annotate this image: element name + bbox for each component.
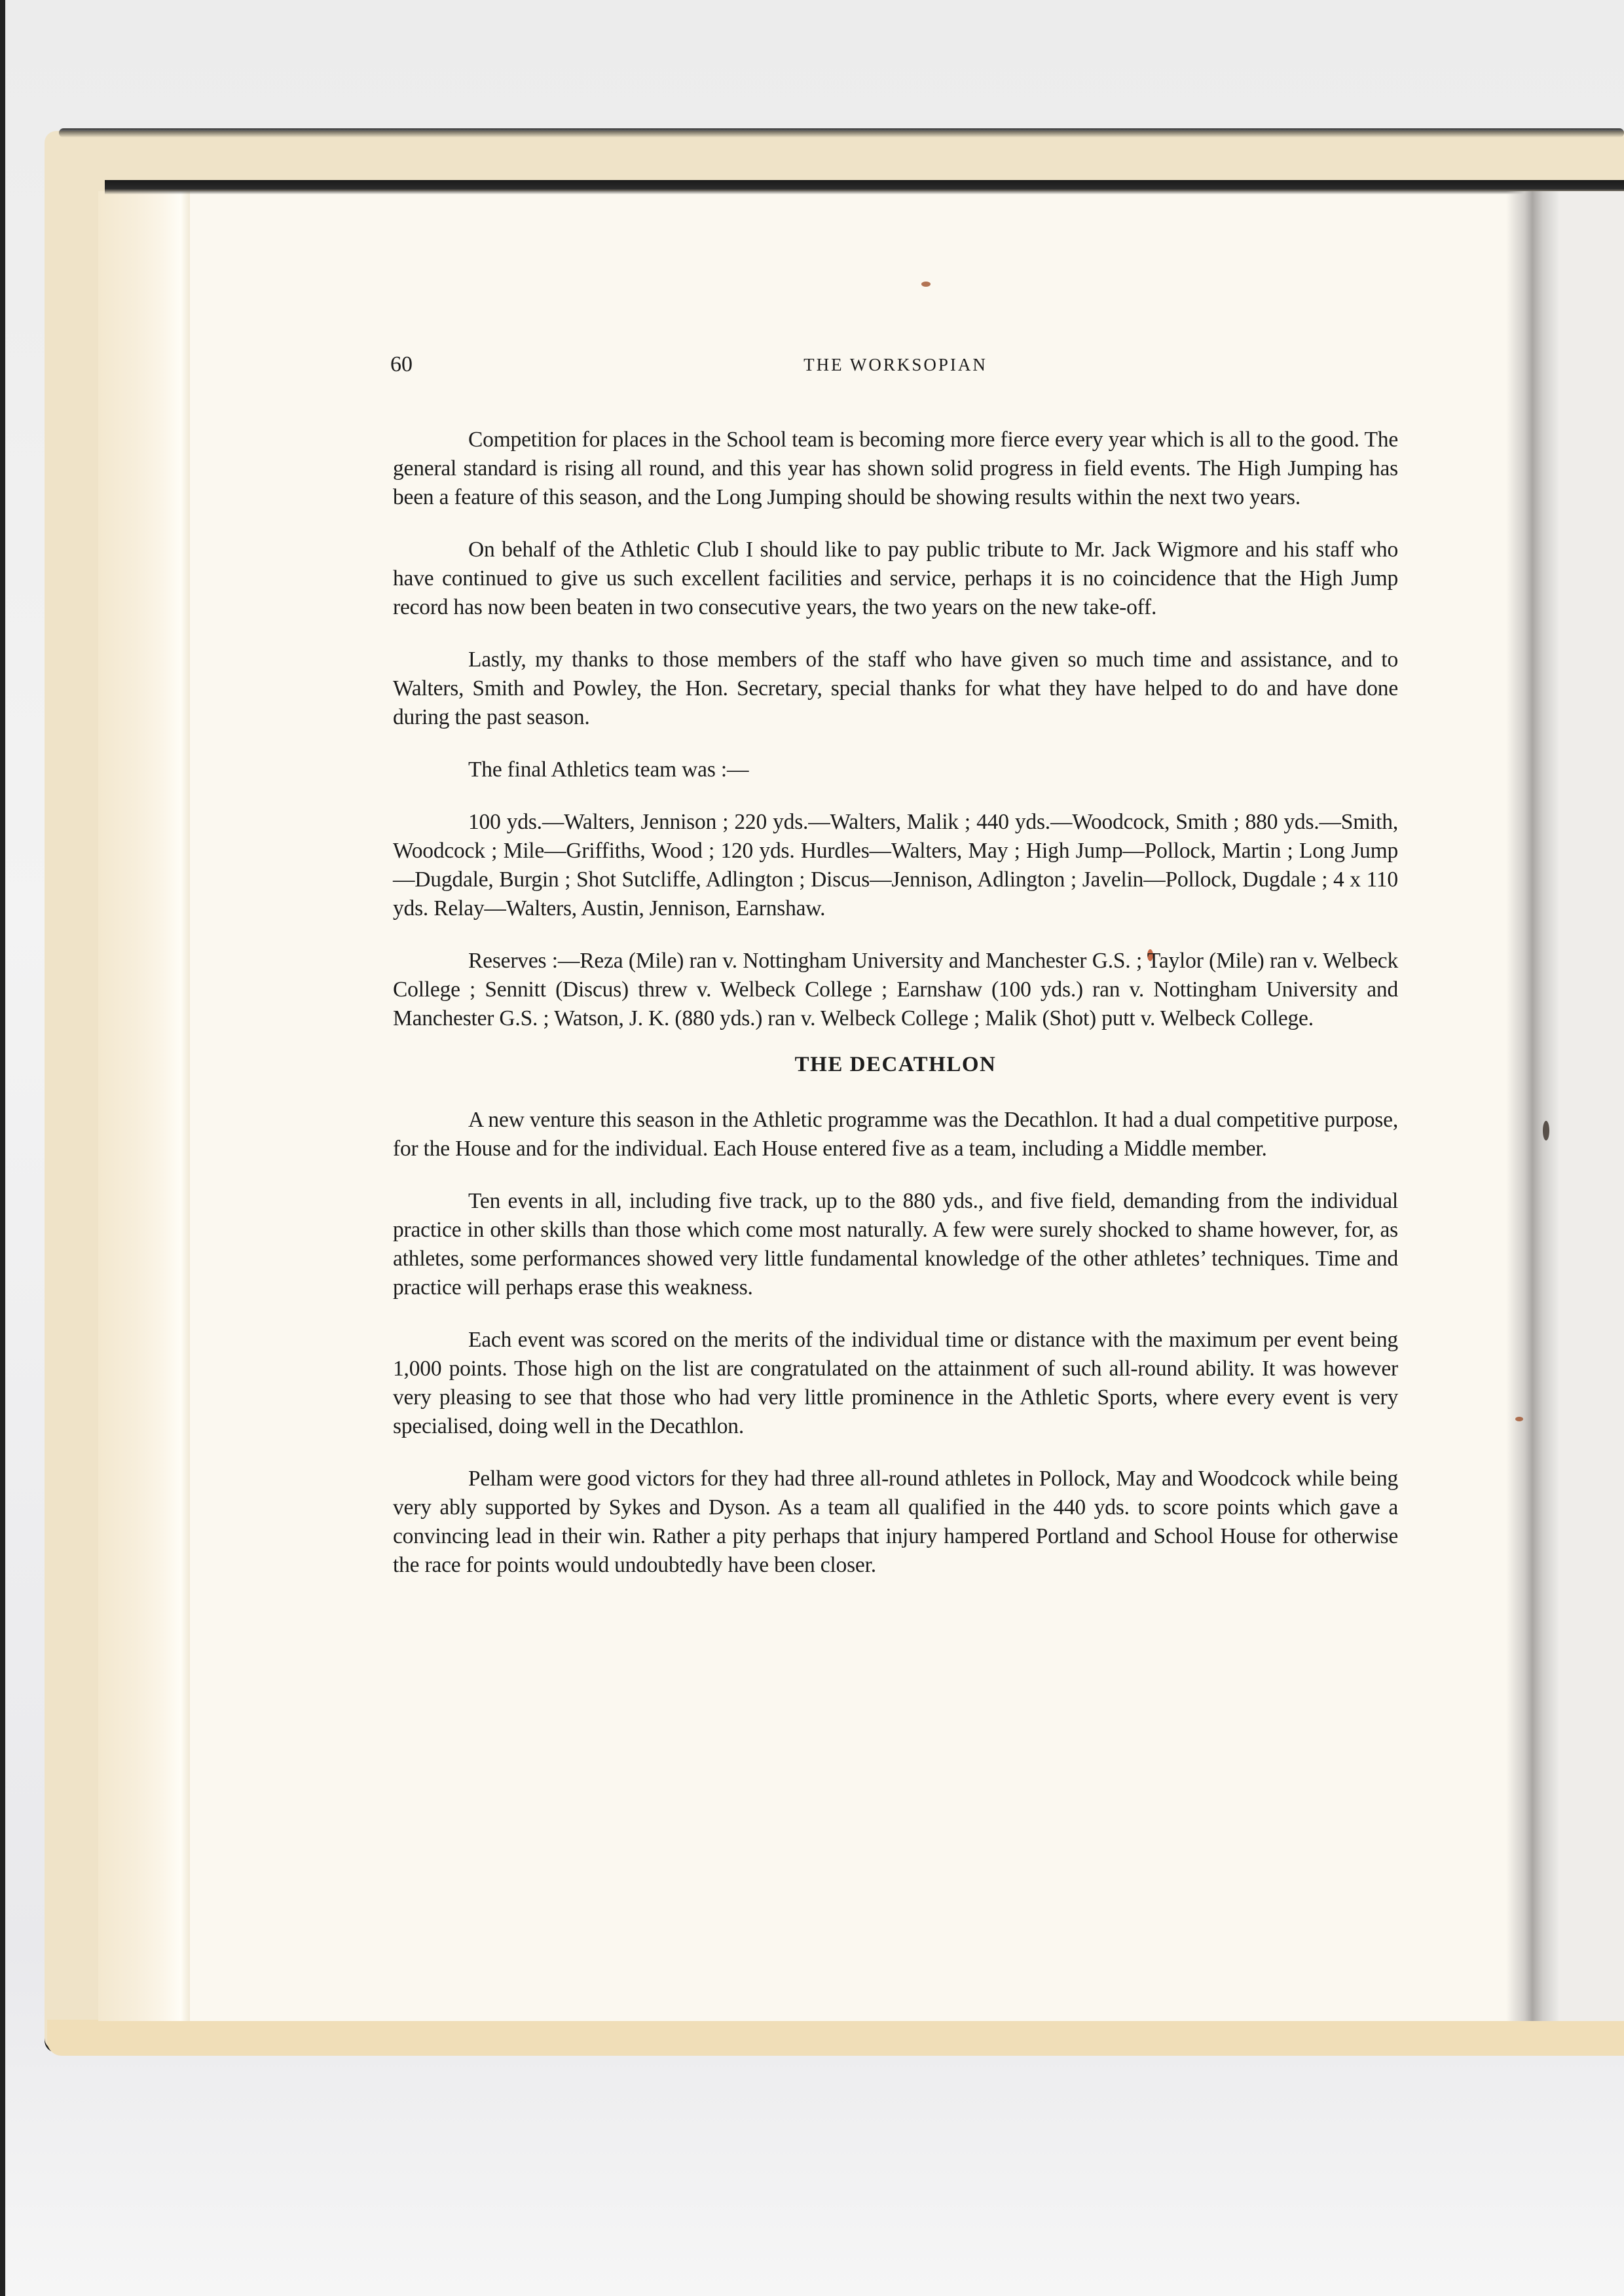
journal-title: THE WORKSOPIAN: [393, 355, 1398, 375]
cover-bottom-edge: [47, 2020, 1624, 2056]
paragraph-decathlon-intro: A new venture this season in the Athleti…: [393, 1106, 1398, 1163]
paper-stain: [921, 282, 931, 287]
paragraph-reserves: Reserves :—Reza (Mile) ran v. Nottingham…: [393, 947, 1398, 1033]
section-heading-decathlon: THE DECATHLON: [393, 1053, 1398, 1077]
text-column: 60 THE WORKSOPIAN Competition for places…: [393, 340, 1398, 1603]
paragraph-team-list: 100 yds.—Walters, Jennison ; 220 yds.—Wa…: [393, 808, 1398, 923]
paper-stain: [1543, 1121, 1549, 1140]
scanner-edge: [0, 0, 5, 2296]
athletics-section: Competition for places in the School tea…: [393, 426, 1398, 1033]
paragraph-competition: Competition for places in the School tea…: [393, 426, 1398, 512]
facing-page-edge: [1559, 191, 1624, 2021]
cover-inner-shadow: [105, 180, 1624, 194]
paragraph-tribute: On behalf of the Athletic Club I should …: [393, 536, 1398, 622]
decathlon-section: A new venture this season in the Athleti…: [393, 1106, 1398, 1580]
cover-top-shadow: [59, 128, 1624, 137]
running-head: 60 THE WORKSOPIAN: [393, 340, 1398, 393]
paper-stain: [1515, 1417, 1523, 1421]
paragraph-decathlon-result: Pelham were good victors for they had th…: [393, 1465, 1398, 1580]
paragraph-team-intro: The final Athletics team was :—: [393, 756, 1398, 784]
page-block-edge: [98, 191, 190, 2021]
page-gutter-shadow: [1506, 191, 1559, 2021]
paragraph-decathlon-events: Ten events in all, including five track,…: [393, 1187, 1398, 1302]
paragraph-decathlon-scoring: Each event was scored on the merits of t…: [393, 1326, 1398, 1441]
paragraph-thanks: Lastly, my thanks to those members of th…: [393, 646, 1398, 732]
